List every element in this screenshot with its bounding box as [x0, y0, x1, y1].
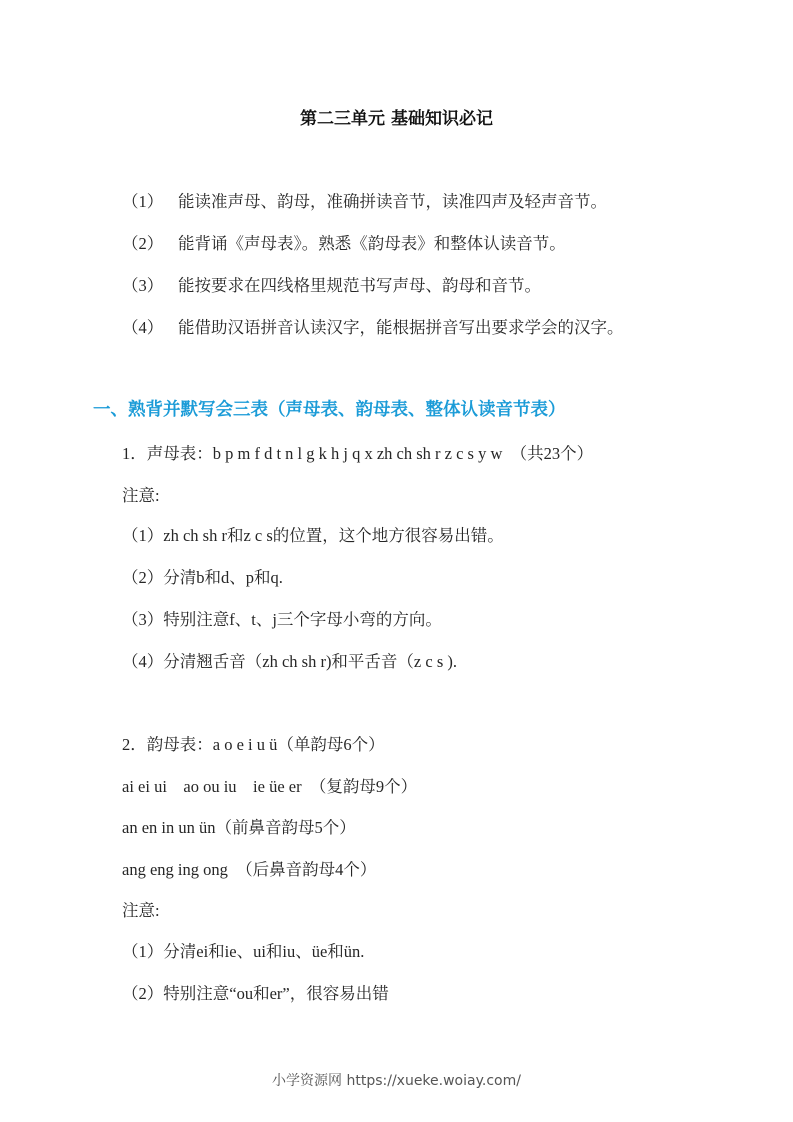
objective-number: （2）	[122, 230, 178, 254]
objective-number: （4）	[122, 314, 178, 338]
yunmu-line-front-nasal: an en in un ün（前鼻音韵母5个）	[122, 814, 356, 838]
section-heading: 一、熟背并默写会三表（声母表、韵母表、整体认读音节表）	[93, 396, 566, 421]
objective-number: （1）	[122, 188, 178, 212]
page-title: 第二三单元 基础知识必记	[0, 104, 793, 129]
objective-number: （3）	[122, 272, 178, 296]
yunmu-note-1: （1）分清ei和ie、ui和iu、üe和ün.	[122, 938, 364, 962]
objective-text: 能背诵《声母表》。熟悉《韵母表》和整体认读音节。	[178, 234, 566, 253]
objective-1: （1）能读准声母、韵母，准确拼读音节，读准四声及轻声音节。	[122, 188, 607, 212]
objective-text: 能按要求在四线格里规范书写声母、韵母和音节。	[178, 276, 541, 295]
objective-4: （4）能借助汉语拼音认读汉字，能根据拼音写出要求学会的汉字。	[122, 314, 624, 338]
objective-3: （3）能按要求在四线格里规范书写声母、韵母和音节。	[122, 272, 541, 296]
yunmu-line-back-nasal: ang eng ing ong （后鼻音韵母4个）	[122, 856, 376, 880]
yunmu-note-2: （2）特别注意“ou和er”，很容易出错	[122, 980, 389, 1004]
footer-watermark: 小学资源网 https://xueke.woiay.com/	[0, 1070, 793, 1090]
shengmu-note-3: （3）特别注意f、t、j三个字母小弯的方向。	[122, 606, 442, 630]
objective-text: 能读准声母、韵母，准确拼读音节，读准四声及轻声音节。	[178, 192, 607, 211]
shengmu-note-label: 注意:	[122, 482, 160, 506]
yunmu-note-label: 注意:	[122, 897, 160, 921]
shengmu-note-1: （1）zh ch sh r和z c s的位置，这个地方很容易出错。	[122, 522, 504, 546]
shengmu-note-2: （2）分清b和d、p和q.	[122, 564, 283, 588]
objective-text: 能借助汉语拼音认读汉字，能根据拼音写出要求学会的汉字。	[178, 318, 624, 337]
shengmu-table-line: 1．声母表：b p m f d t n l g k h j q x zh ch …	[122, 440, 593, 464]
yunmu-line-compound: ai ei ui ao ou iu ie üe er （复韵母9个）	[122, 773, 417, 797]
shengmu-note-4: （4）分清翘舌音（zh ch sh r)和平舌音（z c s ).	[122, 648, 457, 672]
objective-2: （2）能背诵《声母表》。熟悉《韵母表》和整体认读音节。	[122, 230, 566, 254]
yunmu-table-line: 2．韵母表：a o e i u ü（单韵母6个）	[122, 731, 385, 755]
